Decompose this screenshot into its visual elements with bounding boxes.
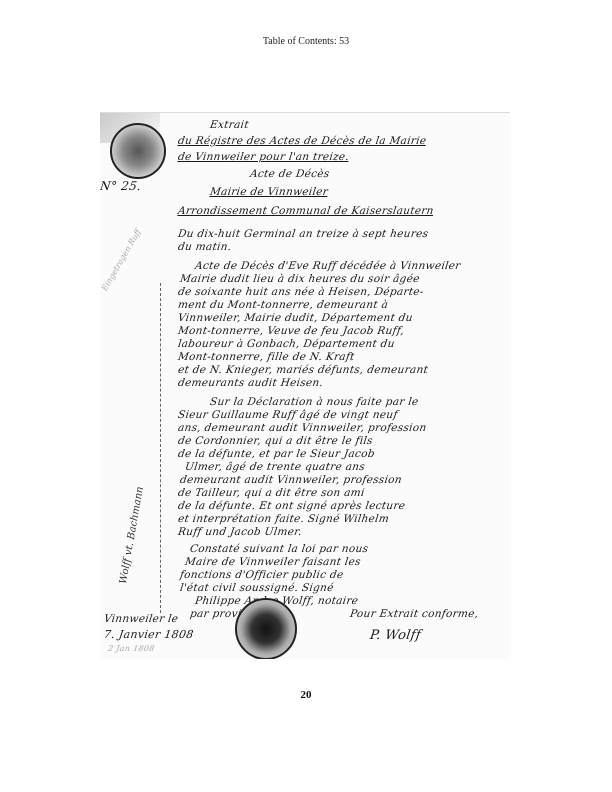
doc-line: Ulmer, âgé de trente quatre ans [184, 461, 366, 473]
doc-line: ment du Mont-tonnerre, demeurant à [177, 299, 389, 311]
doc-line: Sieur Guillaume Ruff âgé de vingt neuf [177, 409, 398, 421]
doc-line: Mont-tonnerre, fille de N. Kraft [177, 351, 355, 363]
doc-line: demeurant audit Vinnweiler, profession [179, 474, 403, 486]
doc-line: du matin. [177, 241, 232, 253]
doc-line: Ruff und Jacob Ulmer. [177, 526, 303, 538]
doc-line: Vinnweiler, Mairie dudit, Département du [177, 312, 413, 324]
doc-line: Arrondissement Communal de Kaiserslauter… [177, 205, 434, 217]
doc-line: de Tailleur, qui a dit être son ami [177, 487, 365, 499]
faint-stamp-date: 2 Jan 1808 [107, 644, 155, 653]
doc-line: Sur la Déclaration à nous faite par le [209, 396, 419, 408]
record-number: N° 25. [100, 179, 142, 193]
doc-line: Mairie de Vinnweiler [209, 186, 329, 198]
doc-line: demeurants audit Heisen. [177, 377, 324, 389]
doc-line: Du dix-huit Germinal an treize à sept he… [177, 228, 429, 240]
doc-line: et interprétation faite. Signé Wilhelm [177, 513, 390, 525]
date-place: Vinnweiler le [103, 613, 179, 625]
margin-rule [160, 283, 161, 613]
scanned-document-image: Extrait du Régistre des Actes de Décès d… [100, 112, 510, 659]
doc-line: Pour Extrait conforme, [349, 608, 479, 620]
doc-line: de soixante huit ans née à Heisen, Dépar… [177, 286, 424, 298]
doc-line: Acte de Décès d'Eve Ruff décédée à Vinnw… [194, 260, 461, 272]
seal-icon [110, 123, 166, 179]
doc-line: du Régistre des Actes de Décès de la Mai… [177, 135, 427, 147]
doc-line: Constaté suivant la loi par nous [189, 543, 369, 555]
doc-line: de Vinnweiler pour l'an treize. [177, 151, 350, 163]
doc-line: de la défunte, et par le Sieur Jacob [177, 448, 375, 460]
doc-line: de la défunte. Et ont signé après lectur… [177, 500, 406, 512]
doc-line: Mont-tonnerre, Veuve de feu Jacob Ruff, [177, 325, 405, 337]
page-number: 20 [0, 689, 612, 701]
doc-line: de Cordonnier, qui a dit être le fils [177, 435, 373, 447]
eagle-seal-icon [235, 598, 297, 659]
page-header: Table of Contents: 53 [0, 36, 612, 47]
margin-note-vertical: Wolff vt. Bachmann [118, 486, 146, 585]
doc-line: Maire de Vinnweiler faisant les [184, 556, 361, 568]
doc-line: fonctions d'Officier public de [179, 569, 344, 581]
doc-line: Mairie dudit lieu à dix heures du soir â… [179, 273, 420, 285]
margin-note-faint: Eingetragen Ruff [100, 228, 143, 293]
doc-line: et de N. Knieger, mariés défunts, demeur… [177, 364, 429, 376]
document-date: 7. Janvier 1808 [103, 628, 194, 641]
doc-line: l'état civil soussigné. Signé [179, 582, 334, 594]
doc-line: Extrait [209, 119, 249, 131]
doc-line: Acte de Décès [249, 168, 330, 180]
doc-line: ans, demeurant audit Vinnweiler, profess… [177, 422, 427, 434]
doc-line: laboureur à Gonbach, Département du [177, 338, 395, 350]
signature: P. Wolff [369, 628, 422, 643]
